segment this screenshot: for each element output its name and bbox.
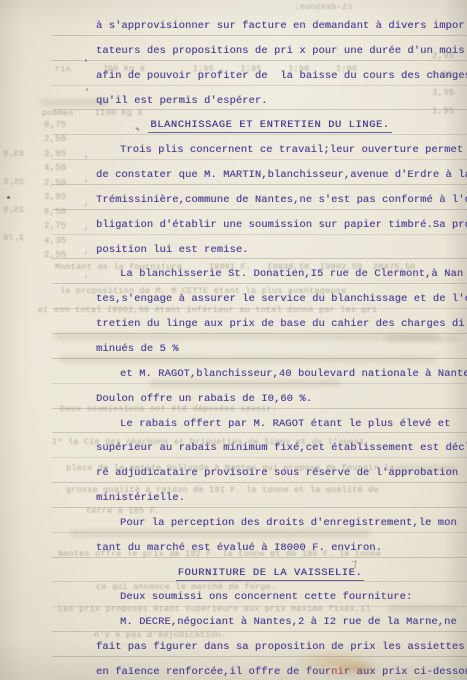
bleedthrough-text: 3,70 [3, 233, 24, 243]
heading-text: BLANCHISSAGE ET ENTRETIEN DU LINGE. [148, 119, 391, 133]
heading-text: FOURNITURE DE LA VAISSELIE. [176, 567, 365, 581]
bleedthrough-text: 3,95 [44, 149, 66, 159]
line-text: de constater que M. MARTIN,blanchisseur,… [96, 169, 467, 181]
document-line: Doulon offre un rabais de I0,60 %. [96, 388, 462, 413]
bleedthrough-text: 93,8 [3, 149, 24, 159]
bleedthrough-text: , [84, 174, 90, 184]
document-line: Le rabais offert par M. RAGOT étant le p… [96, 413, 462, 438]
bleedthrough-text: 4,35 [44, 236, 66, 246]
line-text: ministérielle. [96, 492, 185, 504]
bleedthrough-text: 2,75 [44, 221, 66, 231]
line-text: position lui est remise. [96, 244, 249, 256]
document-line: fait pas figurer dans sa proposition de … [96, 636, 462, 661]
ink-speck [85, 59, 87, 62]
line-text: supérieur au rabais minimum fixé,cet éta… [96, 442, 467, 454]
paper-stain [333, 660, 381, 677]
line-text: Le rabais offert par M. RAGOT étant le p… [120, 418, 450, 430]
ink-speck [7, 196, 10, 199]
document-line: en faïence renforcée,il offre de fournir… [96, 661, 462, 680]
line-text: La blanchisserie St. Donatien,I5 rue de … [120, 268, 463, 280]
ink-speck [86, 88, 88, 91]
document-line: à s'approvisionner sur facture en demand… [96, 15, 462, 40]
bleedthrough-text: , [84, 246, 90, 256]
scanned-document: { "colors": { "paper": "#e9e4d4", "typew… [0, 0, 467, 680]
bleedthrough-text: ci-dessous: [294, 2, 352, 12]
document-line: position lui est remise. [96, 239, 462, 264]
document-line: tant du marché est évalué à I8000 F. env… [96, 537, 462, 562]
line-text: afin de pouvoir profiter de la baisse du… [96, 70, 467, 82]
bleedthrough-text: 35,5 [3, 177, 24, 187]
document-page: ci-dessous:2,95rix 700 Kg à I;95 I;95 I;… [0, 0, 467, 680]
line-text: tretien du linge aux prix de base du cah… [96, 318, 465, 330]
document-line: de constater que M. MARTIN,blanchisseur,… [96, 164, 462, 189]
line-text: fait pas figurer dans sa proposition de … [96, 641, 465, 653]
document-line: Trémissinière,commune de Nantes,ne s'est… [96, 189, 462, 214]
bleedthrough-text: 4,50 [44, 163, 66, 173]
document-line: Deux soumissi ons concernent cette fourn… [96, 586, 462, 611]
document-line: tateurs des propositions de pri x pour u… [96, 40, 462, 65]
line-text: Trémissinière,commune de Nantes,ne s'est… [96, 194, 467, 206]
line-text: et M. RAGOT,blanchisseur,40 boulevard na… [120, 368, 467, 380]
document-line: M. DECRE,négociant à Nantes,2 à I2 rue d… [96, 611, 462, 636]
typewritten-text-block: à s'approvisionner sur facture en demand… [96, 15, 462, 680]
line-text: Pour la perception des droits d'enregist… [120, 517, 457, 529]
document-line: tretien du linge aux prix de base du cah… [96, 313, 462, 338]
document-line: ministérielle. [96, 487, 462, 512]
line-text: qu'il est permis d'espérer. [96, 95, 268, 107]
bleedthrough-text: 25,8 [3, 205, 24, 215]
line-text: tant du marché est évalué à I8000 F. env… [96, 542, 382, 554]
bleedthrough-text: , [84, 198, 90, 208]
line-text: bligation d'établir une soumission sur p… [96, 219, 467, 231]
line-text: minués de 5 % [96, 343, 179, 355]
document-line: minués de 5 % [96, 338, 462, 363]
bleedthrough-text: 2,50 [44, 134, 66, 144]
line-text: tateurs des propositions de pri x pour u… [96, 45, 465, 57]
bleedthrough-text: 3,95 [44, 192, 66, 202]
line-text: Trois plis concernent ce travail;leur ou… [120, 144, 463, 156]
document-line: Trois plis concernent ce travail;leur ou… [96, 139, 462, 164]
line-text: M. DECRE,négociant à Nantes,2 à I2 rue d… [120, 616, 457, 628]
line-text: tes,s'engage à assurer le service du bla… [96, 293, 467, 305]
line-text: à s'approvisionner sur facture en demand… [96, 20, 465, 32]
document-line: Pour la perception des droits d'enregist… [96, 512, 462, 537]
line-text: Deux soumissi ons concernent cette fourn… [120, 591, 412, 603]
section-heading: BLANCHISSAGE ET ENTRETIEN DU LINGE. [96, 114, 462, 139]
document-line: ré adjudicataire provisoire sous réserve… [96, 462, 462, 487]
document-line: tes,s'engage à assurer le service du bla… [96, 288, 462, 313]
section-heading: FOURNITURE DE LA VAISSELIE. [96, 562, 462, 587]
document-line: bligation d'établir une soumission sur p… [96, 214, 462, 239]
document-line: supérieur au rabais minimum fixé,cet éta… [96, 437, 462, 462]
bleedthrough-text: , [84, 270, 90, 280]
bleedthrough-text: 8,75 [44, 120, 66, 130]
document-line: et M. RAGOT,blanchisseur,40 boulevard na… [96, 363, 462, 388]
line-text: ré adjudicataire provisoire sous réserve… [96, 467, 458, 479]
bleedthrough-text: , [84, 222, 90, 232]
document-line: qu'il est permis d'espérer. [96, 90, 462, 115]
document-line: La blanchisserie St. Donatien,I5 rue de … [96, 263, 462, 288]
line-text: Doulon offre un rabais de I0,60 %. [96, 393, 312, 405]
document-line: afin de pouvoir profiter de la baisse du… [96, 65, 462, 90]
